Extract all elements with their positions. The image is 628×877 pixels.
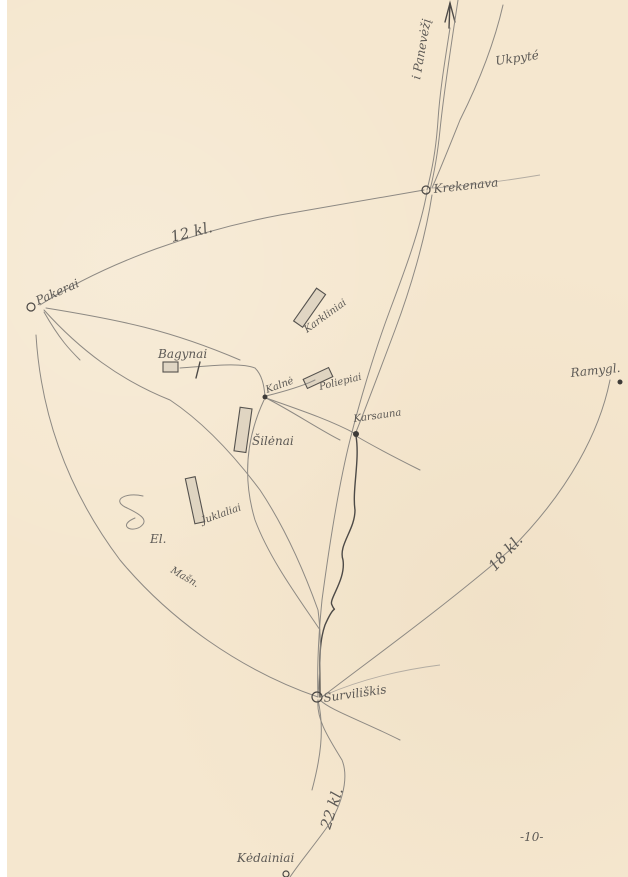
label-krekenava: Krekenava: [432, 175, 499, 196]
label-juklaliai: Juklaliai: [198, 502, 242, 527]
town-ramygala: [618, 380, 623, 385]
label-karsauna: Karsaunа: [352, 407, 402, 425]
label-kalne: Kalnė: [263, 376, 295, 397]
label-distance-12: 12 kl.: [169, 218, 215, 246]
town-karsauna: [353, 431, 359, 437]
town-kalne: [263, 395, 268, 400]
label-silenai: Šilėnai: [252, 432, 294, 448]
farmstead-bagynai: [163, 362, 178, 372]
north-arrow-icon: [445, 3, 455, 28]
label-distance-22: 22 kl.: [316, 785, 347, 832]
label-upyte: Ukpyté: [494, 48, 539, 68]
road-ramygala: [322, 380, 610, 697]
road-krekenava-south: [318, 192, 427, 697]
label-pakerai: Pakerai: [33, 276, 82, 308]
sketch-map: i Panevėžį Ukpyté Krekenava Pakerai 12 k…: [0, 0, 628, 877]
road-bagynai-kalne: [180, 365, 265, 396]
label-ramygala: Ramygl.: [569, 361, 621, 380]
road-north-panevezys: [427, 28, 450, 190]
label-kedainiai: Kėdainiai: [236, 851, 294, 865]
label-small-note: Mašn.: [168, 565, 201, 591]
road-pakerai-krekenava: [40, 190, 424, 305]
label-distance-18: 18 kl.: [485, 531, 527, 575]
town-pakerai: [27, 303, 35, 311]
river: [320, 436, 357, 697]
s-curve-symbol: [120, 495, 144, 529]
town-kedainiai: [283, 871, 289, 877]
page-number: -10-: [520, 830, 543, 844]
label-el: El.: [149, 532, 166, 546]
road-upyte: [432, 5, 503, 188]
label-bagynai: Bagynai: [157, 347, 207, 361]
label-surviliskis: Surviliškis: [322, 682, 387, 705]
label-panevezys: i Panevėžį: [409, 18, 433, 81]
